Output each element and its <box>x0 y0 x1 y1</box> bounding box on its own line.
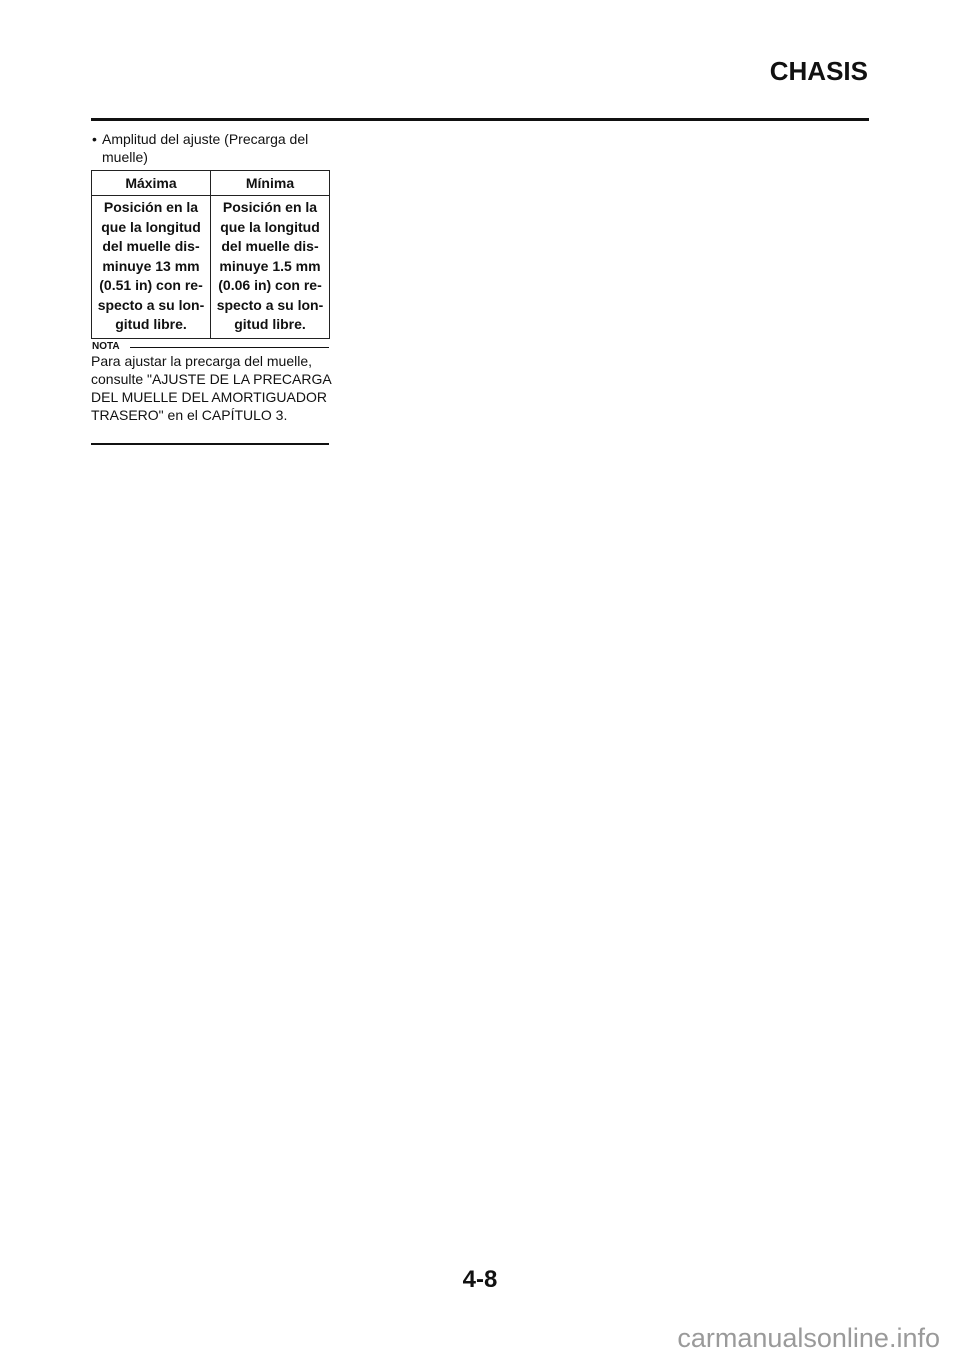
watermark: carmanualsonline.info <box>677 1323 940 1354</box>
bullet-item: • Amplitud del ajuste (Precarga del muel… <box>92 130 332 166</box>
cell-minima: Posición en laque la longituddel muelle … <box>211 196 330 339</box>
column-header-maxima: Máxima <box>92 171 211 196</box>
header-divider <box>91 118 869 121</box>
note-top-rule <box>130 347 329 348</box>
preload-spec-table: Máxima Mínima Posición en laque la longi… <box>91 170 330 339</box>
note-text: Para ajustar la precarga del muelle, con… <box>91 352 331 424</box>
table-row: Posición en laque la longituddel muelle … <box>92 196 330 339</box>
bullet-icon: • <box>92 130 97 148</box>
page-number: 4-8 <box>0 1266 960 1294</box>
cell-maxima: Posición en laque la longituddel muelle … <box>92 196 211 339</box>
table-header-row: Máxima Mínima <box>92 171 330 196</box>
section-title: CHASIS <box>770 56 868 87</box>
column-header-minima: Mínima <box>211 171 330 196</box>
note-bottom-rule <box>91 443 329 445</box>
note-label: NOTA <box>92 341 120 352</box>
bullet-text: Amplitud del ajuste (Precarga del muelle… <box>92 130 332 166</box>
